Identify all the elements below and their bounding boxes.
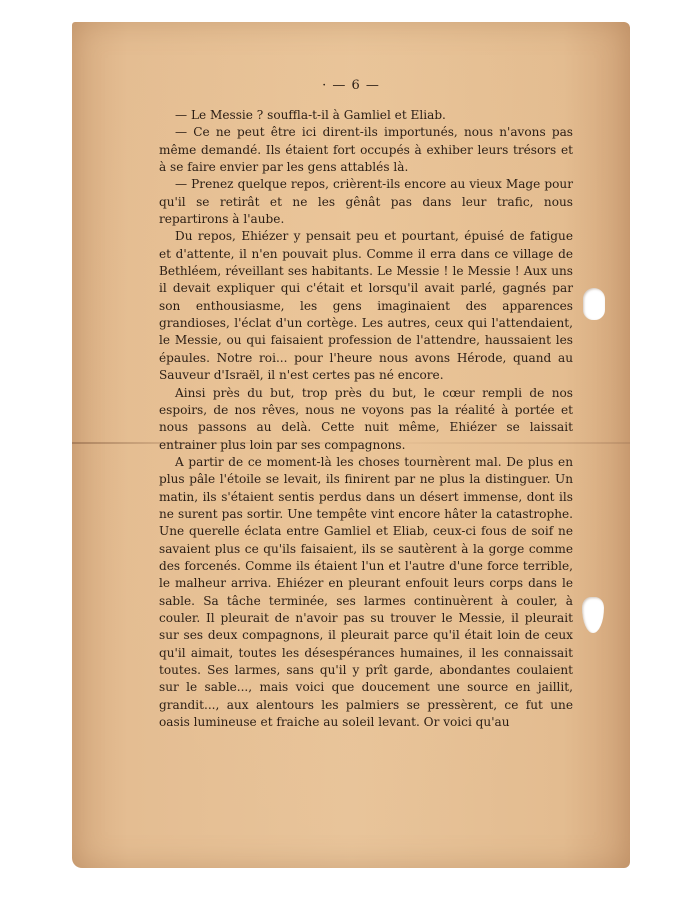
punch-hole-top xyxy=(583,288,605,320)
paragraph: — Ce ne peut être ici dirent-ils importu… xyxy=(159,124,573,176)
page-number: · — 6 — xyxy=(72,78,630,93)
paragraph: Ainsi près du but, trop près du but, le … xyxy=(159,385,573,454)
body-text: — Le Messie ? souffla-t-il à Gamliel et … xyxy=(159,107,573,731)
paragraph: Du repos, Ehiézer y pensait peu et pourt… xyxy=(159,228,573,384)
punch-hole-bottom xyxy=(582,597,604,633)
paragraph: A partir de ce moment-là les choses tour… xyxy=(159,454,573,732)
scanned-page: · — 6 — — Le Messie ? souffla-t-il à Gam… xyxy=(72,22,630,868)
paragraph: — Prenez quelque repos, crièrent-ils enc… xyxy=(159,176,573,228)
paragraph: — Le Messie ? souffla-t-il à Gamliel et … xyxy=(159,107,573,124)
